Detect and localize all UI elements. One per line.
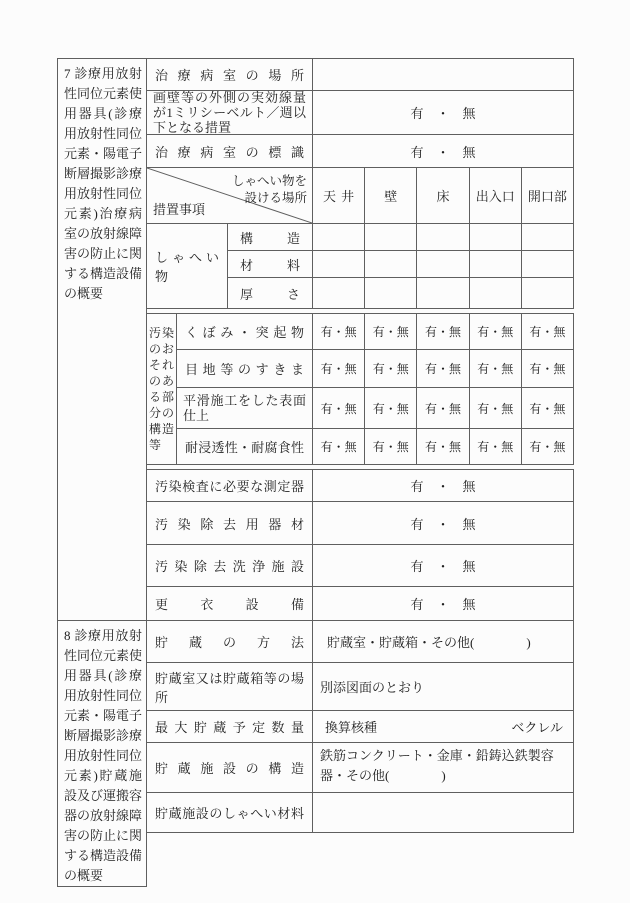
row-label-changing-facility: 更衣設備 bbox=[147, 587, 312, 620]
choice-survey-meter: 有 ・ 無 bbox=[313, 470, 573, 501]
row-label-dose-measure: 画壁等の外側の実効線量が1ミリシーベルト／週以下となる措置 bbox=[147, 91, 312, 134]
choice-changing-facility: 有 ・ 無 bbox=[313, 587, 573, 620]
value-max-quantity: 換算核種 ベクレル bbox=[313, 711, 573, 742]
row-label-joint-gaps: 目地等のすきま bbox=[177, 350, 312, 387]
section-8-heading: 8 診療用放射性同位元素使用器具(診療用放射性同位元素・陽電子断層撮影診療用放射… bbox=[57, 620, 147, 887]
group-label-shield: しゃへい物 bbox=[147, 224, 227, 308]
choice-resist-floor: 有・無 bbox=[417, 429, 468, 464]
row-label-room-sign: 治療病室の標識 bbox=[147, 135, 312, 167]
input-material-floor bbox=[417, 251, 468, 277]
row-label-storage-place: 貯蔵室又は貯蔵箱等の場所 bbox=[147, 663, 312, 710]
choice-dents-doorway: 有・無 bbox=[470, 314, 521, 349]
input-material-doorway bbox=[470, 251, 521, 277]
col-header-doorway: 出入口 bbox=[470, 168, 521, 223]
diagonal-header-cell: しゃへい物を設ける場所 措置事項 bbox=[147, 168, 312, 223]
row-label-max-quantity: 最大貯蔵予定数量 bbox=[147, 711, 312, 742]
input-thickness-doorway bbox=[470, 278, 521, 308]
contamination-matrix: 汚染のおそれのある部分の構造等 くぼみ・突起物 有・無 有・無 有・無 有・無 … bbox=[147, 313, 574, 465]
col-header-opening: 開口部 bbox=[522, 168, 573, 223]
input-thickness-opening bbox=[522, 278, 573, 308]
input-material-opening bbox=[522, 251, 573, 277]
choice-resist-ceiling: 有・無 bbox=[313, 429, 364, 464]
choice-smooth-wall: 有・無 bbox=[365, 388, 416, 428]
row-label-storage-shield-material: 貯蔵施設のしゃへい材料 bbox=[147, 793, 312, 832]
row-label-dents-protrusions: くぼみ・突起物 bbox=[177, 314, 312, 349]
choice-joints-wall: 有・無 bbox=[365, 350, 416, 387]
choice-resist-doorway: 有・無 bbox=[470, 429, 521, 464]
row-label-thickness: 厚さ bbox=[228, 278, 312, 308]
section-8-body: 貯蔵の方法 貯蔵室・貯蔵箱・その他( ) 貯蔵室又は貯蔵箱等の場所 別添図面のと… bbox=[147, 620, 574, 887]
storage-rows: 貯蔵の方法 貯蔵室・貯蔵箱・その他( ) 貯蔵室又は貯蔵箱等の場所 別添図面のと… bbox=[147, 620, 574, 833]
input-structure-opening bbox=[522, 224, 573, 250]
row-label-storage-method: 貯蔵の方法 bbox=[147, 621, 312, 662]
choice-dents-floor: 有・無 bbox=[417, 314, 468, 349]
radiation-form-table: 7 診療用放射性同位元素使用器具(診療用放射性同位元素・陽電子断層撮影診療用放射… bbox=[57, 58, 574, 887]
choice-smooth-floor: 有・無 bbox=[417, 388, 468, 428]
value-storage-place: 別添図面のとおり bbox=[313, 663, 573, 710]
col-header-wall: 壁 bbox=[365, 168, 416, 223]
value-storage-method: 貯蔵室・貯蔵箱・その他( ) bbox=[313, 621, 573, 662]
choice-dents-ceiling: 有・無 bbox=[313, 314, 364, 349]
col-header-floor: 床 bbox=[417, 168, 468, 223]
choice-decon-washing: 有 ・ 無 bbox=[313, 545, 573, 586]
row-label-decon-equipment: 汚染除去用器材 bbox=[147, 502, 312, 544]
value-room-location bbox=[313, 59, 573, 90]
input-structure-wall bbox=[365, 224, 416, 250]
form-page: 7 診療用放射性同位元素使用器具(診療用放射性同位元素・陽電子断層撮影診療用放射… bbox=[0, 0, 630, 903]
input-structure-ceiling bbox=[313, 224, 364, 250]
choice-smooth-ceiling: 有・無 bbox=[313, 388, 364, 428]
section-7-heading: 7 診療用放射性同位元素使用器具(診療用放射性同位元素・陽電子断層撮影診療用放射… bbox=[57, 58, 147, 621]
row-label-resistance: 耐浸透性・耐腐食性 bbox=[177, 429, 312, 464]
choice-resist-wall: 有・無 bbox=[365, 429, 416, 464]
input-material-wall bbox=[365, 251, 416, 277]
input-material-ceiling bbox=[313, 251, 364, 277]
choice-smooth-opening: 有・無 bbox=[522, 388, 573, 428]
choice-room-sign: 有 ・ 無 bbox=[313, 135, 573, 167]
choice-joints-floor: 有・無 bbox=[417, 350, 468, 387]
choice-smooth-doorway: 有・無 bbox=[470, 388, 521, 428]
row-label-storage-structure: 貯蔵施設の構造 bbox=[147, 743, 312, 792]
input-structure-doorway bbox=[470, 224, 521, 250]
input-thickness-floor bbox=[417, 278, 468, 308]
value-storage-shield-material bbox=[313, 793, 573, 832]
section-7-body: 治療病室の場所 画壁等の外側の実効線量が1ミリシーベルト／週以下となる措置 有 … bbox=[147, 58, 574, 621]
row-label-room-location: 治療病室の場所 bbox=[147, 59, 312, 90]
choice-joints-ceiling: 有・無 bbox=[313, 350, 364, 387]
col-header-ceiling: 天井 bbox=[313, 168, 364, 223]
treatment-room-rows: 治療病室の場所 画壁等の外側の実効線量が1ミリシーベルト／週以下となる措置 有 … bbox=[147, 58, 574, 168]
section-8: 8 診療用放射性同位元素使用器具(診療用放射性同位元素・陽電子断層撮影診療用放射… bbox=[57, 620, 574, 887]
input-thickness-ceiling bbox=[313, 278, 364, 308]
value-storage-structure: 鉄筋コンクリート・金庫・鉛鋳込鉄製容器・その他( ) bbox=[313, 743, 573, 792]
shield-matrix: しゃへい物を設ける場所 措置事項 天井 壁 床 出入口 開口部 しゃへい物 構造 bbox=[147, 167, 574, 309]
choice-dose-measure: 有 ・ 無 bbox=[313, 91, 573, 134]
group-label-contamination: 汚染のおそれのある部分の構造等 bbox=[147, 314, 176, 464]
choice-decon-equipment: 有 ・ 無 bbox=[313, 502, 573, 544]
choice-dents-wall: 有・無 bbox=[365, 314, 416, 349]
row-label-structure: 構造 bbox=[228, 224, 312, 250]
choice-dents-opening: 有・無 bbox=[522, 314, 573, 349]
becquerel-unit-label: ベクレル bbox=[511, 717, 563, 736]
choice-joints-opening: 有・無 bbox=[522, 350, 573, 387]
diagonal-bottom-label: 措置事項 bbox=[153, 199, 205, 218]
row-label-material: 材料 bbox=[228, 251, 312, 277]
choice-resist-opening: 有・無 bbox=[522, 429, 573, 464]
section-7: 7 診療用放射性同位元素使用器具(診療用放射性同位元素・陽電子断層撮影診療用放射… bbox=[57, 58, 574, 621]
input-structure-floor bbox=[417, 224, 468, 250]
choice-joints-doorway: 有・無 bbox=[470, 350, 521, 387]
row-label-decon-washing: 汚染除去洗浄施設 bbox=[147, 545, 312, 586]
diagonal-top-label: しゃへい物を設ける場所 bbox=[223, 173, 307, 207]
nuclide-conversion-label: 換算核種 bbox=[325, 717, 377, 736]
row-label-survey-meter: 汚染検査に必要な測定器 bbox=[147, 470, 312, 501]
input-thickness-wall bbox=[365, 278, 416, 308]
row-label-smooth-finish: 平滑施工をした表面仕上 bbox=[177, 388, 312, 428]
facility-rows: 汚染検査に必要な測定器 有 ・ 無 汚染除去用器材 有 ・ 無 汚染除去洗浄施設… bbox=[147, 469, 574, 621]
